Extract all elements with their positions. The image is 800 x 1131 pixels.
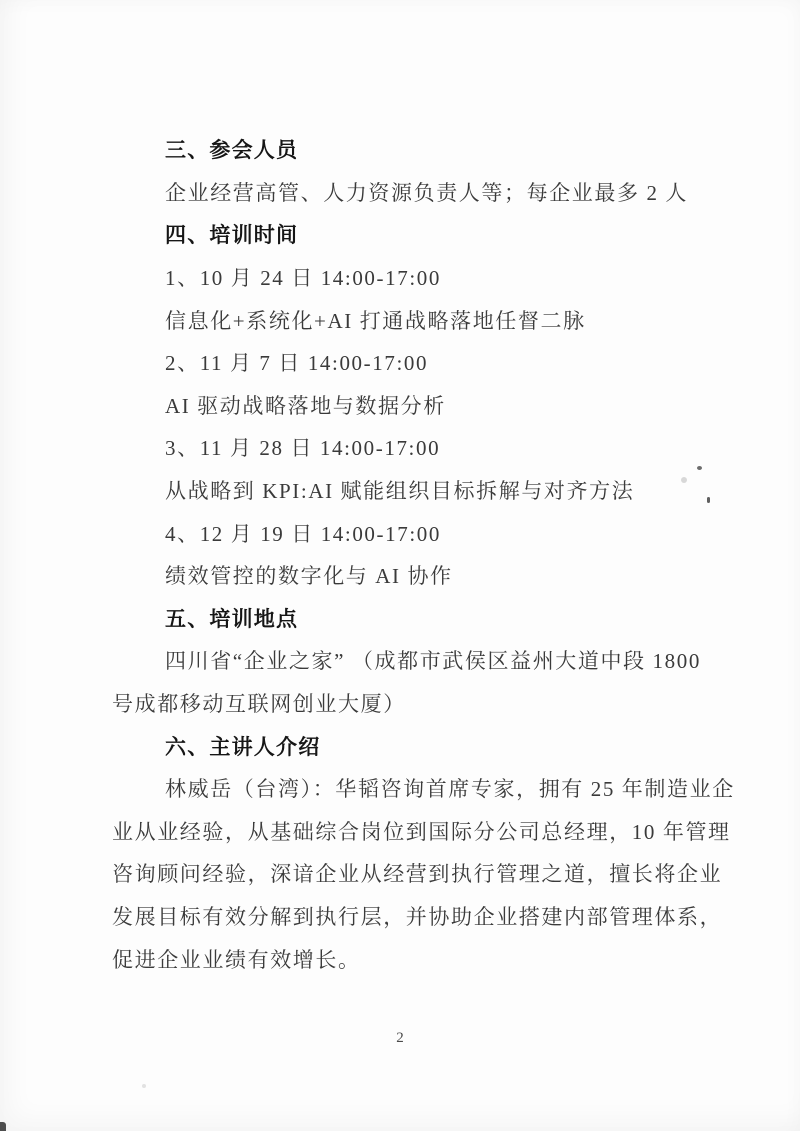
location-text-line-1: 四川省“企业之家” （成都市武侯区益州大道中段 1800 — [112, 639, 718, 682]
section-heading-participants: 三、参会人员 — [112, 128, 718, 171]
speaker-bio-line-5: 促进企业业绩有效增长。 — [112, 937, 718, 980]
scan-artifact-corner-speck — [0, 1122, 6, 1131]
session-4-topic: 绩效管控的数字化与 AI 协作 — [112, 554, 718, 597]
scan-artifact-speck — [681, 477, 687, 483]
session-1-topic: 信息化+系统化+AI 打通战略落地任督二脉 — [112, 298, 718, 341]
speaker-bio-line-2: 业从业经验，从基础综合岗位到国际分公司总经理，10 年管理 — [112, 810, 718, 853]
scan-artifact-speck — [707, 497, 710, 503]
speaker-bio-line-4: 发展目标有效分解到执行层，并协助企业搭建内部管理体系， — [112, 895, 718, 938]
session-4-date: 4、12 月 19 日 14:00-17:00 — [112, 511, 718, 554]
session-3-topic: 从战略到 KPI:AI 赋能组织目标拆解与对齐方法 — [112, 469, 718, 512]
section-heading-location: 五、培训地点 — [112, 597, 718, 640]
scan-artifact-speck — [142, 1084, 146, 1088]
session-2-topic: AI 驱动战略落地与数据分析 — [112, 384, 718, 427]
section-heading-training-time: 四、培训时间 — [112, 213, 718, 256]
participants-text: 企业经营高管、人力资源负责人等；每企业最多 2 人 — [112, 171, 718, 214]
location-text-line-2: 号成都移动互联网创业大厦） — [112, 682, 718, 725]
session-1-date: 1、10 月 24 日 14:00-17:00 — [112, 256, 718, 299]
scanned-document-page: 三、参会人员 企业经营高管、人力资源负责人等；每企业最多 2 人 四、培训时间 … — [0, 0, 800, 1131]
speaker-bio-line-1: 林威岳（台湾）：华韬咨询首席专家，拥有 25 年制造业企 — [112, 767, 718, 810]
scan-artifact-speck — [697, 466, 702, 470]
document-body: 三、参会人员 企业经营高管、人力资源负责人等；每企业最多 2 人 四、培训时间 … — [112, 128, 718, 980]
speaker-bio-line-3: 咨询顾问经验，深谙企业从经营到执行管理之道，擅长将企业 — [112, 852, 718, 895]
section-heading-speaker: 六、主讲人介绍 — [112, 724, 718, 767]
session-3-date: 3、11 月 28 日 14:00-17:00 — [112, 426, 718, 469]
page-number: 2 — [0, 1030, 800, 1047]
session-2-date: 2、11 月 7 日 14:00-17:00 — [112, 341, 718, 384]
